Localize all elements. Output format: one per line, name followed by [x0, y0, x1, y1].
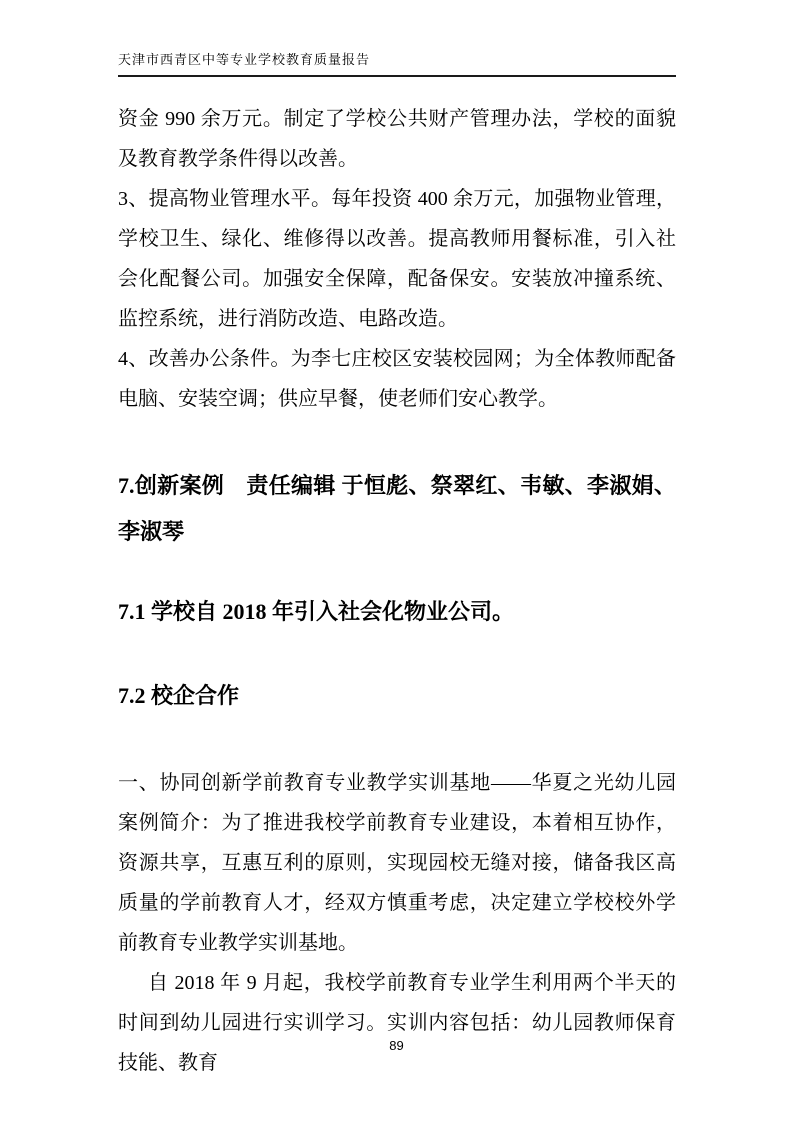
document-page: 天津市西青区中等专业学校教育质量报告 资金 990 余万元。制定了学校公共财产管…: [0, 0, 793, 1122]
heading-7-2: 7.2 校企合作: [118, 673, 676, 719]
heading-7-1: 7.1 学校自 2018 年引入社会化物业公司。: [118, 589, 676, 635]
paragraph-property-management: 3、提高物业管理水平。每年投资 400 余万元，加强物业管理，学校卫生、绿化、维…: [118, 179, 676, 339]
header-title: 天津市西青区中等专业学校教育质量报告: [118, 52, 370, 67]
paragraph-training-since-2018: 自 2018 年 9 月起，我校学前教育专业学生利用两个半天的时间到幼儿园进行实…: [118, 963, 676, 1083]
paragraph-office-conditions: 4、改善办公条件。为李七庄校区安装校园网；为全体教师配备电脑、安装空调；供应早餐…: [118, 339, 676, 419]
paragraph-funding: 资金 990 余万元。制定了学校公共财产管理办法，学校的面貌及教育教学条件得以改…: [118, 99, 676, 179]
paragraph-training-base-intro: 一、协同创新学前教育专业教学实训基地——华夏之光幼儿园案例简介：为了推进我校学前…: [118, 763, 676, 963]
page-body: 资金 990 余万元。制定了学校公共财产管理办法，学校的面貌及教育教学条件得以改…: [118, 99, 676, 1083]
heading-innovation-cases: 7.创新案例 责任编辑 于恒彪、祭翠红、韦敏、李淑娟、李淑琴: [118, 463, 676, 555]
page-footer: 89: [0, 1036, 793, 1056]
page-number: 89: [389, 1038, 403, 1053]
page-header: 天津市西青区中等专业学校教育质量报告: [118, 50, 676, 77]
